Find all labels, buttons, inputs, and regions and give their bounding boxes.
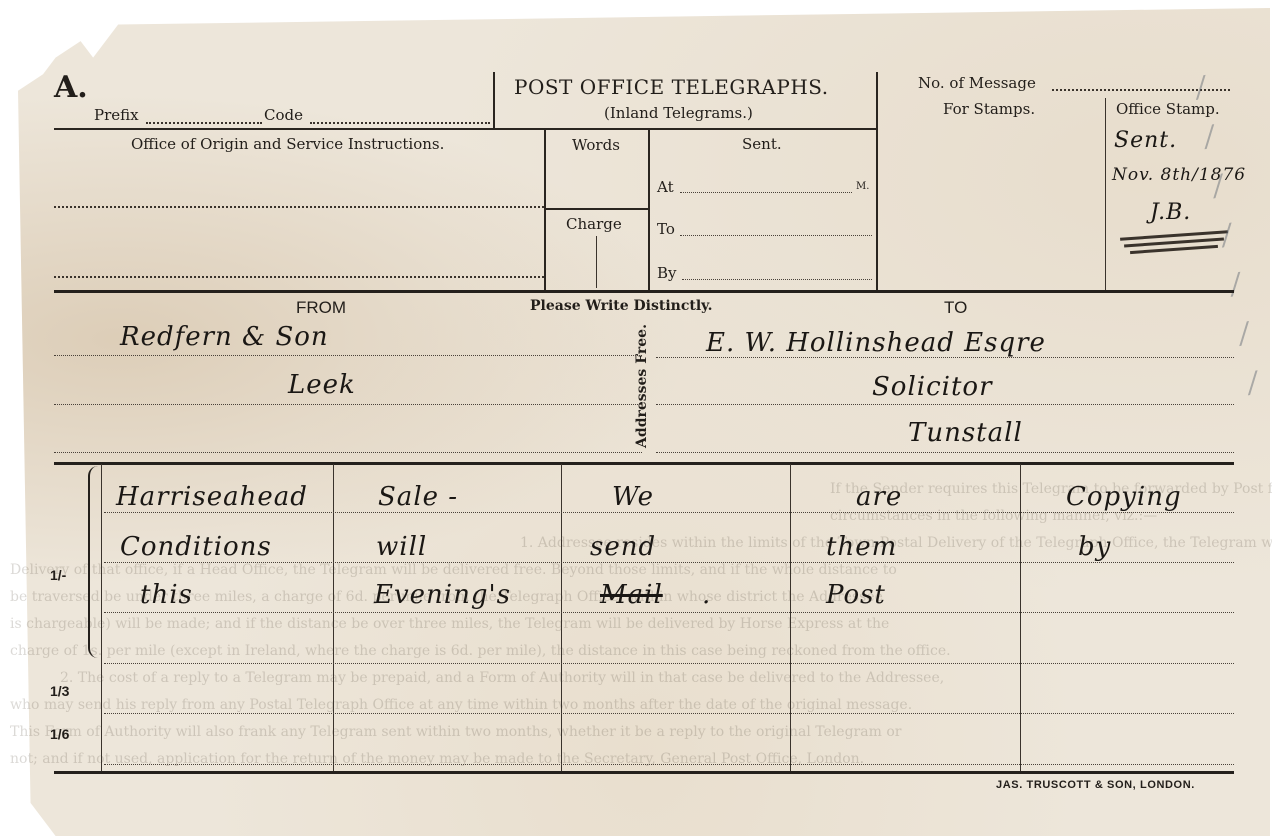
code-label: Code <box>264 106 303 124</box>
from-field-1[interactable] <box>54 355 642 356</box>
to-field-1[interactable] <box>656 357 1234 358</box>
office-stamp-initials: J.B. <box>1150 200 1191 225</box>
grid-row-line[interactable] <box>104 764 1234 765</box>
words-label: Words <box>572 136 620 154</box>
message-word: will <box>376 532 427 562</box>
ghost-line: who may send his reply from any Postal T… <box>10 692 1272 719</box>
message-word: Copying <box>1066 482 1182 512</box>
grid-col-2 <box>561 464 562 771</box>
grid-row-line[interactable] <box>104 663 1234 664</box>
prefix-label: Prefix <box>94 106 139 124</box>
message-top-rule <box>54 462 1234 465</box>
ghost-line: is chargeable) will be made; and if the … <box>10 611 1272 638</box>
to-field-3[interactable] <box>656 452 1234 453</box>
at-field[interactable] <box>680 192 852 193</box>
no-of-message-label: No. of Message <box>918 74 1036 92</box>
at-label: At <box>657 178 674 196</box>
message-word: this <box>140 580 193 610</box>
rate-label-1: 1/- <box>50 567 66 583</box>
please-write-label: Please Write Distinctly. <box>530 298 713 314</box>
message-word: Evening's <box>374 580 511 610</box>
sent-label: Sent. <box>742 135 782 153</box>
prefix-field[interactable] <box>146 122 262 124</box>
message-word: are <box>856 482 902 512</box>
for-stamps-label: For Stamps. <box>943 100 1035 118</box>
grid-row-line[interactable] <box>104 562 1234 563</box>
charge-label: Charge <box>566 215 622 233</box>
from-line-2: Leek <box>288 370 356 400</box>
ghost-text-block: If the Sender requires this Telegram to … <box>250 476 1272 773</box>
form-letter: A. <box>54 70 88 105</box>
form-subtitle: (Inland Telegrams.) <box>604 104 753 122</box>
office-stamp-sent: Sent. <box>1114 128 1177 153</box>
rate-label-2: 1/3 <box>50 683 69 699</box>
ghost-line: not; and if not used, application for th… <box>10 746 1272 773</box>
grid-col-0 <box>101 464 102 771</box>
header-bottom-rule <box>54 290 1234 293</box>
message-word: Post <box>826 580 886 610</box>
message-word: Sale - <box>378 482 458 512</box>
grid-row-line[interactable] <box>104 713 1234 714</box>
message-word: them <box>826 532 897 562</box>
title-divider-left <box>493 72 495 128</box>
message-word: We <box>612 482 654 512</box>
ghost-line: 2. The cost of a reply to a Telegram may… <box>60 665 1272 692</box>
to-field-2[interactable] <box>656 404 1234 405</box>
words-divider-right <box>648 130 650 290</box>
stamp-divider <box>1105 98 1106 290</box>
office-origin-line-1[interactable] <box>54 206 544 208</box>
grid-col-3 <box>790 464 791 771</box>
to-heading: TO <box>944 298 967 318</box>
grid-col-1 <box>333 464 334 771</box>
message-word: Conditions <box>120 532 272 562</box>
addresses-free-label: Addresses Free. <box>634 324 650 448</box>
to-line-3: Tunstall <box>908 418 1023 448</box>
message-word: . <box>702 580 711 610</box>
office-stamp-date: Nov. 8th/1876 <box>1112 165 1246 185</box>
grid-col-4 <box>1020 464 1021 771</box>
message-bottom-rule <box>54 771 1234 774</box>
words-divider-left <box>544 130 546 290</box>
from-heading: FROM <box>296 298 346 318</box>
rate-label-3: 1/6 <box>50 726 69 742</box>
to-line-2: Solicitor <box>872 372 993 402</box>
form-title: POST OFFICE TELEGRAPHS. <box>514 75 829 99</box>
title-divider-right <box>876 72 878 290</box>
m-label: M. <box>856 181 869 192</box>
charge-split <box>596 236 597 288</box>
printer-imprint: JAS. TRUSCOTT & SON, LONDON. <box>996 779 1195 791</box>
message-word-struck: Mail <box>600 580 663 610</box>
header-rule <box>54 128 876 130</box>
office-origin-line-2[interactable] <box>54 276 544 278</box>
to-field[interactable] <box>680 235 872 236</box>
to-line-1: E. W. Hollinshead Esqre <box>706 328 1046 358</box>
to-label: To <box>657 220 675 238</box>
office-origin-label: Office of Origin and Service Instruction… <box>131 135 444 153</box>
grid-row-line[interactable] <box>104 612 1234 613</box>
rate-brace <box>88 466 98 658</box>
message-word: by <box>1078 532 1111 562</box>
from-line-1: Redfern & Son <box>120 322 329 352</box>
code-field[interactable] <box>310 122 490 124</box>
message-word: Harriseahead <box>116 482 308 512</box>
stamp-underline-marks <box>1120 230 1228 255</box>
ghost-line: This Form of Authority will also frank a… <box>10 719 1272 746</box>
ghost-line: charge of 1s. per mile (except in Irelan… <box>10 638 1272 665</box>
from-field-3[interactable] <box>54 452 642 453</box>
by-label: By <box>657 264 677 282</box>
grid-row-line[interactable] <box>104 512 1234 513</box>
words-charge-rule <box>546 208 648 210</box>
from-field-2[interactable] <box>54 404 642 405</box>
by-field[interactable] <box>682 279 872 280</box>
message-word: send <box>590 532 656 562</box>
